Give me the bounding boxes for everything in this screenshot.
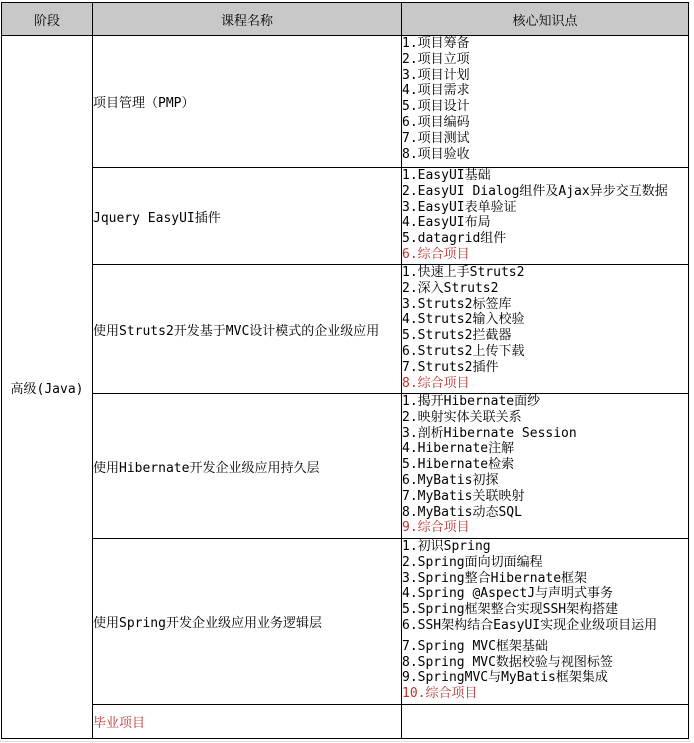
table-row: 使用Hibernate开发企业级应用持久层1.揭开Hibernate面纱2.映射… [2,394,689,539]
header-points: 核心知识点 [402,3,689,36]
course-name-cell: 项目管理（PMP） [93,36,402,168]
knowledge-points-cell: 1.快速上手Struts22.深入Struts23.Struts2标签库4.St… [402,265,689,394]
knowledge-points-cell: 1.揭开Hibernate面纱2.映射实体关联关系3.剖析Hibernate S… [402,394,689,539]
knowledge-point-item: 5.Spring框架整合实现SSH架构搭建 [402,602,688,618]
knowledge-points-cell: 1.EasyUI基础2.EasyUI Dialog组件及Ajax异步交互数据3.… [402,168,689,265]
knowledge-point-item: 5.Struts2拦截器 [402,328,688,344]
knowledge-point-item: 1.初识Spring [402,539,688,555]
knowledge-point-item: 8.Spring MVC数据校验与视图标签 [402,655,688,671]
knowledge-point-item: 7.Spring MVC框架基础 [402,639,688,655]
knowledge-point-item: 4.Hibernate注解 [402,441,688,457]
knowledge-points-cell [402,705,689,739]
knowledge-point-item: 2.Spring面向切面编程 [402,555,688,571]
knowledge-point-item: 2.项目立项 [402,52,688,68]
course-name-cell: Jquery EasyUI插件 [93,168,402,265]
knowledge-point-item: 1.EasyUI基础 [402,168,688,184]
knowledge-point-item: 10.综合项目 [402,686,688,702]
knowledge-point-item: 3.项目计划 [402,68,688,84]
knowledge-point-item: 3.Spring整合Hibernate框架 [402,571,688,587]
knowledge-point-item: 4.EasyUI布局 [402,215,688,231]
course-name-cell: 使用Spring开发企业级应用业务逻辑层 [93,539,402,705]
knowledge-point-item: 2.映射实体关联关系 [402,410,688,426]
course-name-cell: 使用Hibernate开发企业级应用持久层 [93,394,402,539]
knowledge-point-item: 4.Spring @AspectJ与声明式事务 [402,586,688,602]
knowledge-point-item: 6.MyBatis初探 [402,473,688,489]
knowledge-point-item: 1.快速上手Struts2 [402,265,688,281]
knowledge-point-item: 5.项目设计 [402,99,688,115]
table-row: Jquery EasyUI插件1.EasyUI基础2.EasyUI Dialog… [2,168,689,265]
header-course: 课程名称 [93,3,402,36]
knowledge-point-item: 9.SpringMVC与MyBatis框架集成 [402,670,688,686]
bottom-gridline [0,741,690,742]
knowledge-point-item: 9.综合项目 [402,520,688,536]
knowledge-point-item: 6.Struts2上传下载 [402,344,688,360]
knowledge-point-item: 5.datagrid组件 [402,231,688,247]
knowledge-point-item: 4.Struts2输入校验 [402,312,688,328]
knowledge-point-item: 7.MyBatis关联映射 [402,489,688,505]
knowledge-point-item: 3.剖析Hibernate Session [402,426,688,442]
table-row: 高级(Java)项目管理（PMP）1.项目筹备2.项目立项3.项目计划4.项目需… [2,36,689,168]
knowledge-point-item: 6.项目编码 [402,115,688,131]
knowledge-point-item: 3.Struts2标签库 [402,297,688,313]
header-row: 阶段 课程名称 核心知识点 [2,3,689,36]
knowledge-point-item: 3.EasyUI表单验证 [402,200,688,216]
knowledge-point-item: 2.EasyUI Dialog组件及Ajax异步交互数据 [402,184,688,200]
table-body: 高级(Java)项目管理（PMP）1.项目筹备2.项目立项3.项目计划4.项目需… [2,36,689,739]
table-header: 阶段 课程名称 核心知识点 [2,3,689,36]
knowledge-point-item: 2.深入Struts2 [402,281,688,297]
course-name-cell: 毕业项目 [93,705,402,739]
table-row: 使用Spring开发企业级应用业务逻辑层1.初识Spring2.Spring面向… [2,539,689,705]
knowledge-point-item: 8.项目验收 [402,147,688,163]
knowledge-point-item: 8.MyBatis动态SQL [402,505,688,521]
knowledge-point-item: 1.项目筹备 [402,36,688,52]
course-name-cell: 使用Struts2开发基于MVC设计模式的企业级应用 [93,265,402,394]
knowledge-point-item: 6.SSH架构结合EasyUI实现企业级项目运用 [402,618,688,634]
knowledge-point-item: 7.项目测试 [402,131,688,147]
header-stage: 阶段 [2,3,93,36]
knowledge-points-cell: 1.初识Spring2.Spring面向切面编程3.Spring整合Hibern… [402,539,689,705]
knowledge-points-cell: 1.项目筹备2.项目立项3.项目计划4.项目需求5.项目设计6.项目编码7.项目… [402,36,689,168]
knowledge-point-item: 5.Hibernate检索 [402,457,688,473]
knowledge-point-item: 7.Struts2插件 [402,360,688,376]
knowledge-point-item: 6.综合项目 [402,247,688,263]
table-row: 毕业项目 [2,705,689,739]
stage-cell: 高级(Java) [2,36,93,739]
knowledge-point-item: 1.揭开Hibernate面纱 [402,394,688,410]
curriculum-table: 阶段 课程名称 核心知识点 高级(Java)项目管理（PMP）1.项目筹备2.项… [1,2,689,739]
knowledge-point-item: 4.项目需求 [402,83,688,99]
table-row: 使用Struts2开发基于MVC设计模式的企业级应用1.快速上手Struts22… [2,265,689,394]
knowledge-point-item: 8.综合项目 [402,376,688,392]
